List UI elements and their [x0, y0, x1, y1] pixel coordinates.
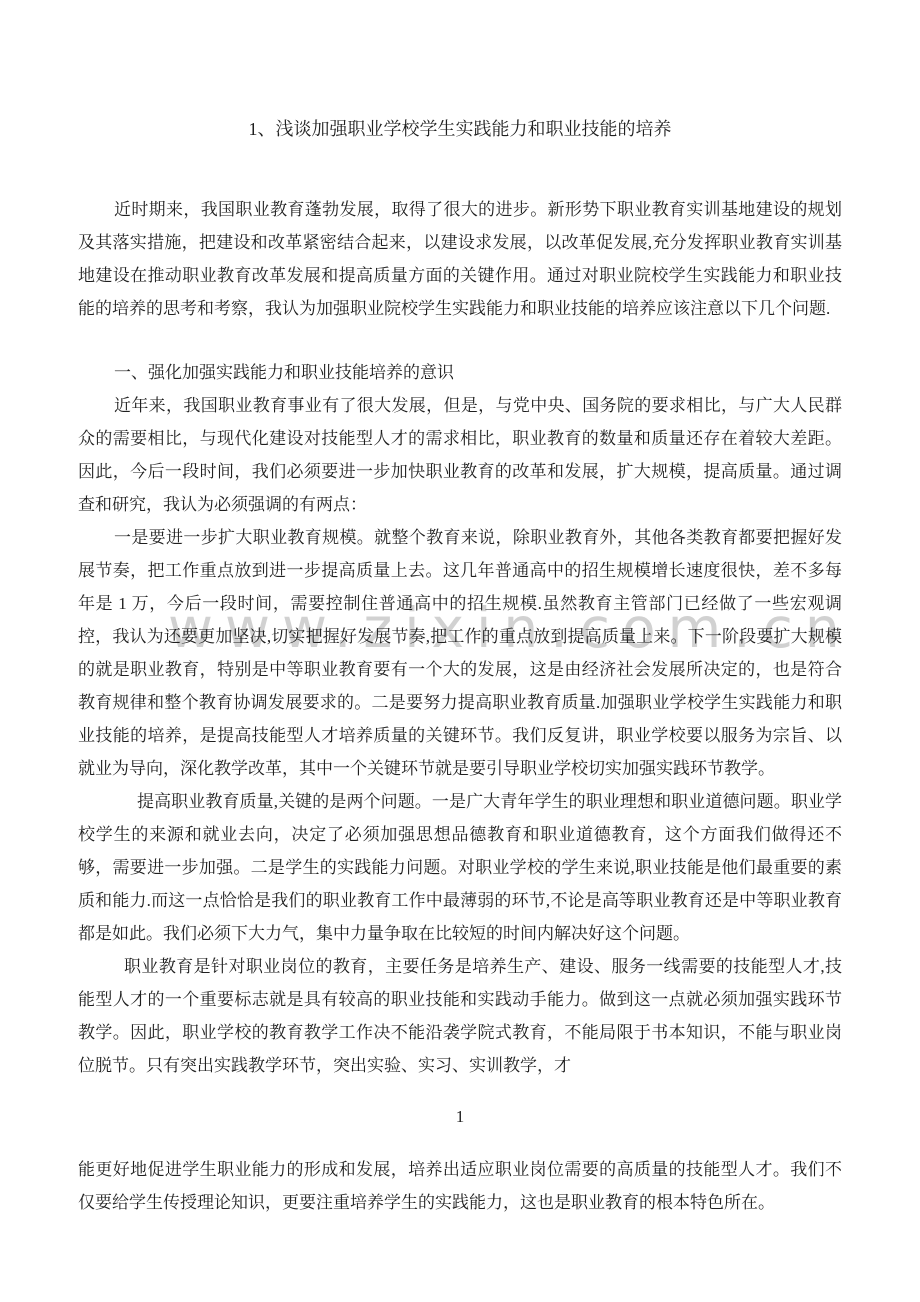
paragraph: 近时期来，我国职业教育蓬勃发展，取得了很大的进步。新形势下职业教育实训基地建设的… [78, 193, 842, 325]
page-number: 1 [78, 1100, 842, 1133]
paragraph: 一是要进一步扩大职业教育规模。就整个教育来说，除职业教育外，其他各类教育都要把握… [78, 521, 842, 785]
document-title: 1、浅谈加强职业学校学生实践能力和职业技能的培养 [78, 117, 842, 141]
section-heading: 一、强化加强实践能力和职业技能培养的意识 [78, 356, 842, 389]
document-content: 1、浅谈加强职业学校学生实践能力和职业技能的培养 近时期来，我国职业教育蓬勃发展… [0, 117, 920, 1219]
document-page: www.zixin.com.cn 1、浅谈加强职业学校学生实践能力和职业技能的培… [0, 0, 920, 1302]
document-body: 近时期来，我国职业教育蓬勃发展，取得了很大的进步。新形势下职业教育实训基地建设的… [78, 193, 842, 1082]
next-page-body: 能更好地促进学生职业能力的形成和发展，培养出适应职业岗位需要的高质量的技能型人才… [78, 1153, 842, 1219]
paragraph: 提高职业教育质量,关键的是两个问题。一是广大青年学生的职业理想和职业道德问题。职… [78, 785, 842, 950]
paragraph: 职业教育是针对职业岗位的教育，主要任务是培养生产、建设、服务一线需要的技能型人才… [78, 950, 842, 1082]
paragraph: 近年来，我国职业教育事业有了很大发展，但是，与党中央、国务院的要求相比，与广大人… [78, 389, 842, 521]
paragraph: 能更好地促进学生职业能力的形成和发展，培养出适应职业岗位需要的高质量的技能型人才… [78, 1153, 842, 1219]
